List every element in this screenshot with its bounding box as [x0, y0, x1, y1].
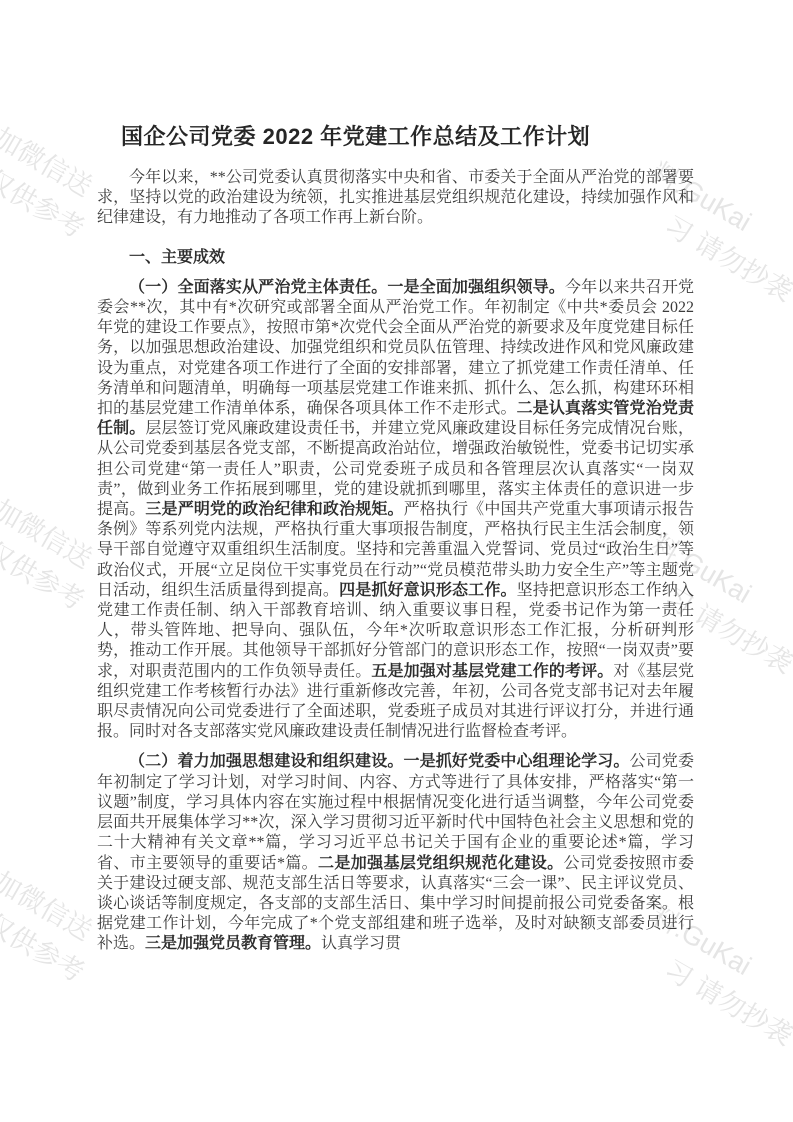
document-page: 加微信送 仅供参考 加微信送 仅供参考 加微信送 仅供参考 料:GuKai 习 … — [0, 0, 793, 1122]
document-body: 今年以来，**公司党委认真贯彻落实中央和省、市委关于全面从严治党的部署要求，坚持… — [97, 168, 694, 955]
text-run-bold: 一、主要成效 — [129, 249, 225, 266]
text-run-bold: 五是加强对基层党建工作的考评。 — [371, 663, 613, 680]
watermark-text: 仅供参考 — [0, 897, 92, 993]
watermark-text: 加微信送 — [0, 118, 112, 214]
text-run-bold: 三是严明党的政治纪律和政治规矩。 — [145, 501, 403, 518]
watermark-text: 加微信送 — [0, 490, 112, 586]
document-content: 国企公司党委 2022 年党建工作总结及工作计划 今年以来，**公司党委认真贯彻… — [97, 121, 694, 965]
paragraph: （一）全面落实从严治党主体责任。一是全面加强组织领导。今年以来共召开党委会**次… — [97, 278, 694, 743]
section-heading: 一、主要成效 — [97, 248, 694, 268]
text-run: 认真学习贯 — [321, 935, 401, 952]
text-run-bold: 二是加强基层党组织规范化建设。 — [318, 855, 563, 872]
text-run: 今年以来，**公司党委认真贯彻落实中央和省、市委关于全面从严治党的部署要求，坚持… — [97, 169, 694, 226]
watermark-left-3: 加微信送 仅供参考 — [0, 862, 112, 992]
paragraph: 今年以来，**公司党委认真贯彻落实中央和省、市委关于全面从严治党的部署要求，坚持… — [97, 168, 694, 229]
watermark-text: 仅供参考 — [0, 525, 92, 621]
text-run: 今年以来共召开党委会**次，其中有*次研究或部署全面从严治党工作。年初制定《中共… — [97, 279, 694, 417]
text-run-bold: 三是加强党员教育管理。 — [145, 935, 321, 952]
watermark-text: 加微信送 — [0, 862, 112, 958]
page-title: 国企公司党委 2022 年党建工作总结及工作计划 — [121, 121, 694, 152]
paragraph: （二）着力加强思想建设和组织建设。一是抓好党委中心组理论学习。公司党委年初制定了… — [97, 752, 694, 954]
text-run-bold: 四是抓好意识形态工作。 — [339, 582, 517, 599]
text-run-bold: （二）着力加强思想建设和组织建设。一是抓好党委中心组理论学习。 — [129, 753, 630, 770]
watermark-left-1: 加微信送 仅供参考 — [0, 118, 112, 248]
text-run-bold: （一）全面落实从严治党主体责任。一是全面加强组织领导。 — [129, 279, 565, 296]
watermark-text: 仅供参考 — [0, 153, 92, 249]
watermark-left-2: 加微信送 仅供参考 — [0, 490, 112, 620]
